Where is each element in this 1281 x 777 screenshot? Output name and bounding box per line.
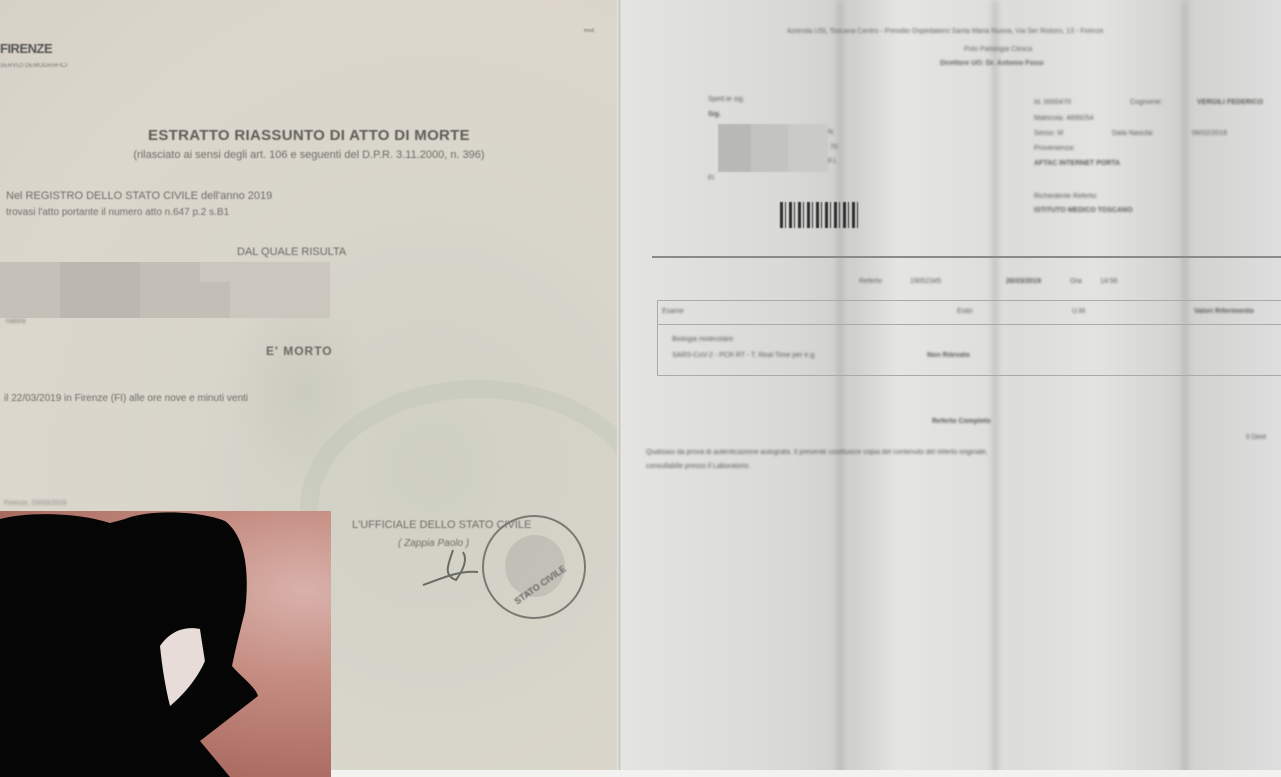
addressee-bottom: FI <box>708 175 714 182</box>
register-line-2: trovasi l'atto portante il numero atto n… <box>6 207 229 218</box>
matricola: Matricola: 4899254 <box>1034 115 1094 122</box>
table-result: Non Rilevato <box>927 352 970 359</box>
header-rule <box>652 256 1281 258</box>
paper-fold <box>837 0 843 777</box>
addressee-extra-2: 70 <box>830 144 838 151</box>
redacted-address-block <box>718 124 828 172</box>
barcode <box>780 202 860 228</box>
table-header-esame: Esame <box>662 308 684 315</box>
addressee-label: Spett.le sig. <box>708 96 745 103</box>
provenienza-label: Provenienza: <box>1034 145 1075 152</box>
small-field-label: nato/a <box>6 318 25 325</box>
right-edge-text: Il Diret <box>1246 434 1266 441</box>
data-nascita-label: Data Nascita: <box>1112 130 1154 137</box>
redacted-name-block-top <box>200 262 310 282</box>
table-header-valori: Valori Riferimento <box>1194 308 1254 315</box>
patient-id: Id. 0000470 <box>1034 99 1071 106</box>
dal-quale-risulta-label: DAL QUALE RISULTA <box>237 246 346 258</box>
municipality-logo-subtext: SERVIZI DEMOGRAFICI <box>0 63 67 69</box>
addressee-extra-3: F.I. <box>828 158 837 165</box>
referto-number: 19052345 <box>910 278 941 285</box>
watermark-shading <box>230 290 370 490</box>
paper-fold <box>1182 0 1188 777</box>
corner-mark: mod. <box>584 28 595 34</box>
report-footnote: Qualsiasi da prova di autenticazione aut… <box>646 446 1016 474</box>
table-section-label: Biologia molecolare <box>672 336 733 343</box>
register-line-1: Nel REGISTRO DELLO STATO CIVILE dell'ann… <box>6 190 272 202</box>
report-status: Referto Completo <box>932 418 991 425</box>
richiedente-label: Richiedente Referto: <box>1034 193 1098 200</box>
addressee-name: Sig. <box>708 111 721 118</box>
bottom-note: Firenze, 23/03/2019 <box>4 500 66 507</box>
bottom-edge-strip <box>331 770 1281 777</box>
referto-ora-label: Ora <box>1070 278 1082 285</box>
silhouette-figure <box>0 511 331 777</box>
addressee-extra-1: N <box>828 129 833 136</box>
cognome-value: VERGILI FEDERICO <box>1197 99 1263 106</box>
referto-ora-value: 14:56 <box>1100 278 1118 285</box>
cognome-label: Cognome: <box>1130 99 1162 106</box>
table-test-name: SARS-CoV-2 - PCR RT - T. Real-Time per e… <box>672 352 816 359</box>
report-header-line-2: Polo Patologia Clinica <box>964 46 1032 53</box>
referto-label: Referto <box>859 278 882 285</box>
provenienza-value: AFTAC INTERNET PORTA <box>1034 160 1120 167</box>
table-header-esito: Esito <box>957 308 973 315</box>
richiedente-value: ISTITUTO MEDICO TOSCANO <box>1034 207 1133 214</box>
paper-fold <box>992 0 998 777</box>
report-header-line-3: Direttore UO: Dr. Antonio Fossi <box>940 60 1044 67</box>
results-table-separator <box>657 324 1281 325</box>
document-title: ESTRATTO RIASSUNTO DI ATTO DI MORTE <box>0 127 618 144</box>
lab-report-document: Azienda USL Toscana Centro - Presidio Os… <box>622 0 1281 777</box>
document-subtitle: (rilasciato ai sensi degli art. 106 e se… <box>0 149 618 161</box>
data-nascita-value: 06/02/2018 <box>1192 130 1227 137</box>
municipality-logo: FIRENZE <box>0 41 52 56</box>
sesso: Sesso: M <box>1034 130 1063 137</box>
table-header-um: U.M. <box>1072 308 1087 315</box>
death-date-line: il 22/03/2019 in Firenze (FI) alle ore n… <box>4 393 248 404</box>
referto-date: 26/03/2019 <box>1006 278 1041 285</box>
report-header-line-1: Azienda USL Toscana Centro - Presidio Os… <box>787 28 1104 35</box>
grieving-silhouette-photo <box>0 511 331 777</box>
morto-heading: E' MORTO <box>266 344 333 358</box>
